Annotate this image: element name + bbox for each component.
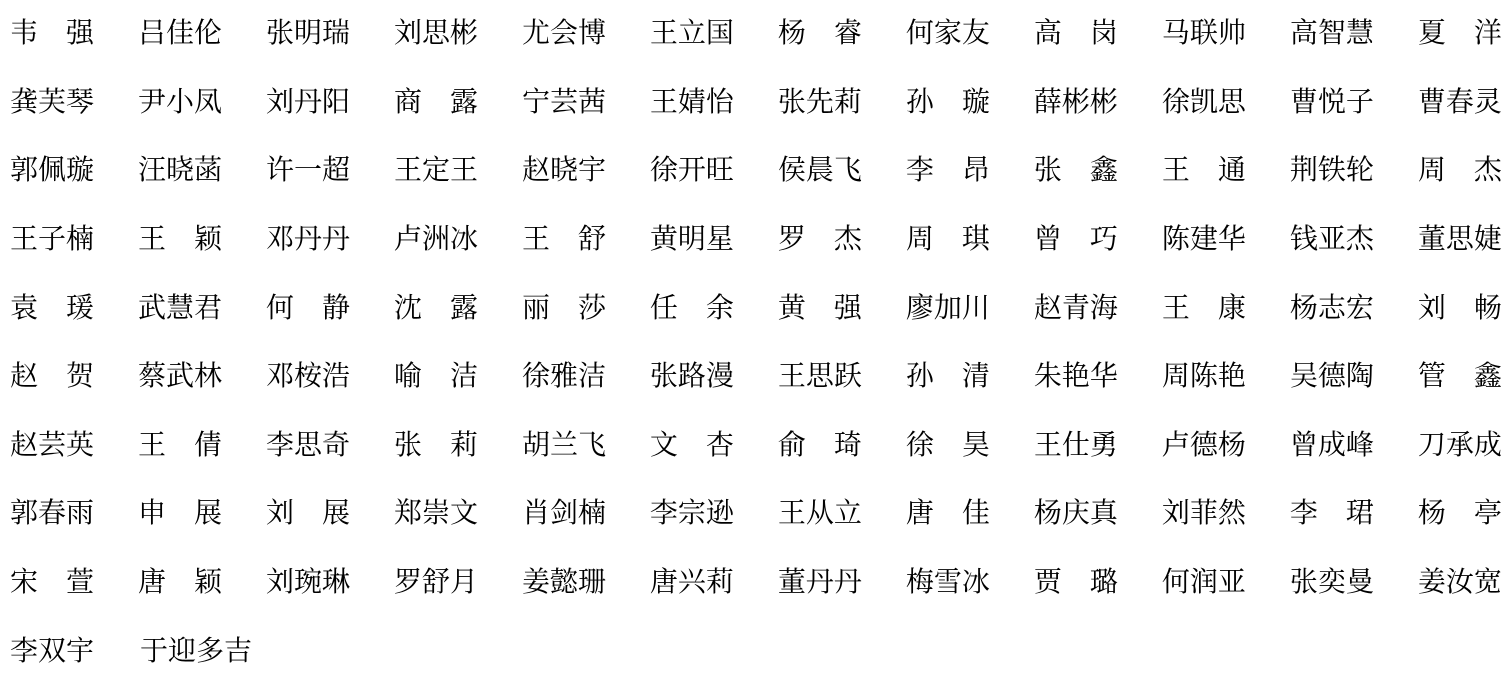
name-item: 梅雪冰 [906, 569, 990, 597]
name-item: 张先莉 [778, 89, 862, 117]
name-item: 荆铁轮 [1290, 157, 1374, 185]
name-item: 宁芸茜 [522, 89, 606, 117]
name-item: 刘丹阳 [266, 89, 350, 117]
name-item: 徐雅洁 [522, 363, 606, 391]
name-item: 徐开旺 [650, 157, 734, 185]
name-item: 张路漫 [650, 363, 734, 391]
name-item: 袁 瑗 [10, 295, 94, 323]
name-item: 王思跃 [778, 363, 862, 391]
name-item: 高 岗 [1034, 20, 1118, 48]
name-item: 徐凯思 [1162, 89, 1246, 117]
name-item: 曹春灵 [1418, 89, 1502, 117]
name-item: 夏 洋 [1418, 20, 1502, 48]
name-item: 任 余 [650, 295, 734, 323]
name-item: 曾成峰 [1290, 432, 1374, 460]
name-item: 尤会博 [522, 20, 606, 48]
name-item: 马联帅 [1162, 20, 1246, 48]
name-item: 周陈艳 [1162, 363, 1246, 391]
name-item: 肖剑楠 [522, 500, 606, 528]
name-item: 赵 贺 [10, 363, 94, 391]
name-item: 赵青海 [1034, 295, 1118, 323]
name-item: 管 鑫 [1418, 363, 1502, 391]
name-item: 许一超 [266, 157, 350, 185]
name-item: 杨 亭 [1418, 500, 1502, 528]
name-item: 罗 杰 [778, 226, 862, 254]
name-row: 郭春雨申 展刘 展郑崇文肖剑楠李宗逊王从立唐 佳杨庆真刘菲然李 珺杨 亭 [10, 480, 1502, 549]
name-item: 郭春雨 [10, 500, 94, 528]
name-item: 郑崇文 [394, 500, 478, 528]
name-row: 宋 萱唐 颖刘琬琳罗舒月姜懿珊唐兴莉董丹丹梅雪冰贾 璐何润亚张奕曼姜汝宽 [10, 549, 1502, 618]
name-item: 唐兴莉 [650, 569, 734, 597]
name-row: 王子楠王 颖邓丹丹卢洲冰王 舒黄明星罗 杰周 琪曾 巧陈建华钱亚杰董思婕 [10, 206, 1502, 275]
name-item: 何家友 [906, 20, 990, 48]
name-item: 廖加川 [906, 295, 990, 323]
name-item: 朱艳华 [1034, 363, 1118, 391]
name-item: 吕佳伦 [138, 20, 222, 48]
name-item: 张 鑫 [1034, 157, 1118, 185]
name-item: 曹悦子 [1290, 89, 1374, 117]
name-item: 王 通 [1162, 157, 1246, 185]
name-item: 贾 璐 [1034, 569, 1118, 597]
name-item: 王定王 [394, 157, 478, 185]
name-item: 沈 露 [394, 295, 478, 323]
name-item: 王婧怡 [650, 89, 734, 117]
name-item: 赵晓宇 [522, 157, 606, 185]
name-item: 刘 展 [266, 500, 350, 528]
name-item: 唐 颖 [138, 569, 222, 597]
name-item: 唐 佳 [906, 500, 990, 528]
name-item: 侯晨飞 [778, 157, 862, 185]
name-item: 商 露 [394, 89, 478, 117]
name-item: 李宗逊 [650, 500, 734, 528]
name-item: 周 杰 [1418, 157, 1502, 185]
name-item: 喻 洁 [394, 363, 478, 391]
name-item: 尹小凤 [138, 89, 222, 117]
name-item: 陈建华 [1162, 226, 1246, 254]
name-item: 黄 强 [778, 295, 862, 323]
name-item: 孙 清 [906, 363, 990, 391]
name-row: 韦 强吕佳伦张明瑞刘思彬尤会博王立国杨 睿何家友高 岗马联帅高智慧夏 洋 [10, 0, 1502, 69]
name-row: 龚芙琴尹小凤刘丹阳商 露宁芸茜王婧怡张先莉孙 璇薛彬彬徐凯思曹悦子曹春灵 [10, 69, 1502, 138]
name-item: 刘菲然 [1162, 500, 1246, 528]
name-item: 周 琪 [906, 226, 990, 254]
name-item: 丽 莎 [522, 295, 606, 323]
name-item: 邓丹丹 [266, 226, 350, 254]
name-item: 汪晓菡 [138, 157, 222, 185]
name-item: 王 舒 [522, 226, 606, 254]
name-item: 刘思彬 [394, 20, 478, 48]
name-item: 曾 巧 [1034, 226, 1118, 254]
name-item: 姜汝宽 [1418, 569, 1502, 597]
name-item: 张明瑞 [266, 20, 350, 48]
name-item: 申 展 [138, 500, 222, 528]
name-item: 何 静 [266, 295, 350, 323]
name-item: 张奕曼 [1290, 569, 1374, 597]
name-item: 邓桉浩 [266, 363, 350, 391]
name-item: 刘琬琳 [266, 569, 350, 597]
name-item: 韦 强 [10, 20, 94, 48]
name-item: 高智慧 [1290, 20, 1374, 48]
name-item: 卢洲冰 [394, 226, 478, 254]
name-item: 王 康 [1162, 295, 1246, 323]
name-item: 薛彬彬 [1034, 89, 1118, 117]
name-item: 王从立 [778, 500, 862, 528]
name-item: 杨 睿 [778, 20, 862, 48]
name-row: 李双宇于迎多吉 [10, 617, 1502, 686]
name-item: 刘 畅 [1418, 295, 1502, 323]
name-item: 赵芸英 [10, 432, 94, 460]
name-item: 杨志宏 [1290, 295, 1374, 323]
name-item: 郭佩璇 [10, 157, 94, 185]
name-item: 李思奇 [266, 432, 350, 460]
name-item: 胡兰飞 [522, 432, 606, 460]
name-item: 宋 萱 [10, 569, 94, 597]
name-item: 董思婕 [1418, 226, 1502, 254]
name-item: 董丹丹 [778, 569, 862, 597]
name-item: 杨庆真 [1034, 500, 1118, 528]
name-row: 袁 瑗武慧君何 静沈 露丽 莎任 余黄 强廖加川赵青海王 康杨志宏刘 畅 [10, 274, 1502, 343]
name-row: 郭佩璇汪晓菡许一超王定王赵晓宇徐开旺侯晨飞李 昂张 鑫王 通荆铁轮周 杰 [10, 137, 1502, 206]
name-item: 王仕勇 [1034, 432, 1118, 460]
name-item: 张 莉 [394, 432, 478, 460]
name-row: 赵 贺蔡武林邓桉浩喻 洁徐雅洁张路漫王思跃孙 清朱艳华周陈艳吴德陶管 鑫 [10, 343, 1502, 412]
name-item: 刀承成 [1418, 432, 1502, 460]
name-item: 卢德杨 [1162, 432, 1246, 460]
name-item: 文 杏 [650, 432, 734, 460]
name-list-document: 韦 强吕佳伦张明瑞刘思彬尤会博王立国杨 睿何家友高 岗马联帅高智慧夏 洋龚芙琴尹… [0, 0, 1512, 686]
name-item: 李双宇 [10, 638, 94, 666]
name-item: 俞 琦 [778, 432, 862, 460]
name-item: 徐 昊 [906, 432, 990, 460]
name-item: 龚芙琴 [10, 89, 94, 117]
name-item: 何润亚 [1162, 569, 1246, 597]
name-item: 罗舒月 [394, 569, 478, 597]
name-item: 于迎多吉 [140, 638, 252, 666]
name-item: 黄明星 [650, 226, 734, 254]
name-item: 吴德陶 [1290, 363, 1374, 391]
name-item: 王立国 [650, 20, 734, 48]
name-item: 孙 璇 [906, 89, 990, 117]
name-item: 蔡武林 [138, 363, 222, 391]
name-item: 李 昂 [906, 157, 990, 185]
name-item: 王子楠 [10, 226, 94, 254]
name-item: 姜懿珊 [522, 569, 606, 597]
name-item: 王 颖 [138, 226, 222, 254]
name-item: 李 珺 [1290, 500, 1374, 528]
name-item: 武慧君 [138, 295, 222, 323]
name-item: 王 倩 [138, 432, 222, 460]
name-row: 赵芸英王 倩李思奇张 莉胡兰飞文 杏俞 琦徐 昊王仕勇卢德杨曾成峰刀承成 [10, 412, 1502, 481]
name-item: 钱亚杰 [1290, 226, 1374, 254]
